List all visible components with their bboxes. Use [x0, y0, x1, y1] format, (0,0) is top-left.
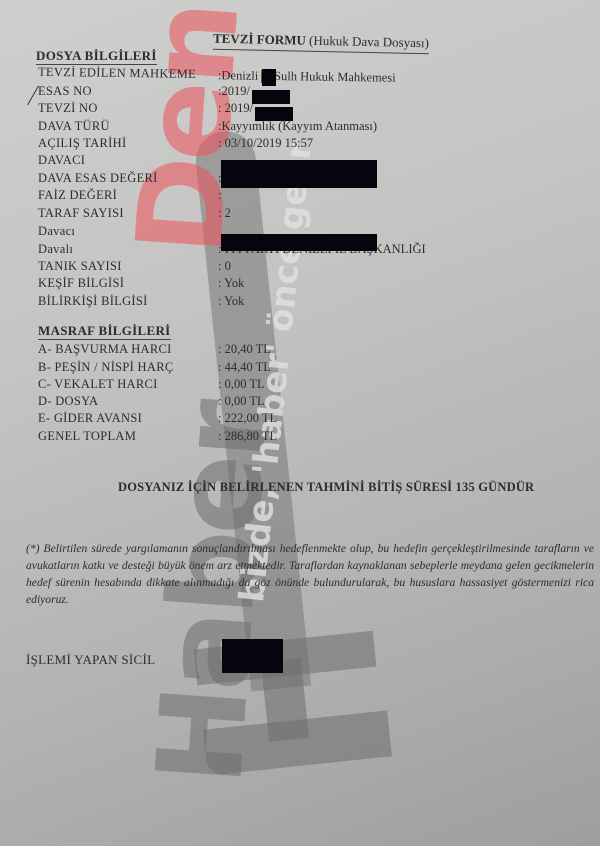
field-row: ESAS NO:2019/ [38, 84, 218, 99]
cost-label: C- VEKALET HARCI [38, 377, 218, 392]
field-label: TARAF SAYISI [38, 206, 218, 221]
field-row: TANIK SAYISI: 0 [38, 259, 218, 274]
cost-row: E- GİDER AVANSI: 222,00 TL [38, 411, 218, 426]
field-label: TEVZİ EDİLEN MAHKEME [38, 65, 218, 83]
field-value: : 2 [218, 206, 231, 221]
cost-value: : 222,00 TL [218, 411, 277, 426]
field-value: :Kayyımlık (Kayyım Atanması) [218, 119, 377, 134]
footnote: (*) Belirtilen sürede yargılamanın sonuç… [26, 540, 594, 608]
cost-label: A- BAŞVURMA HARCI [38, 342, 218, 357]
field-label: DAVACI [38, 153, 218, 168]
signer-label: İŞLEMİ YAPAN SİCİL [26, 652, 155, 668]
estimated-duration-notice: DOSYANIZ İÇİN BELİRLENEN TAHMİNİ BİTİŞ S… [118, 480, 534, 495]
cost-label: E- GİDER AVANSI [38, 411, 218, 426]
field-row: DAVA TÜRÜ:Kayyımlık (Kayyım Atanması) [38, 119, 218, 134]
field-value: : Yok [218, 276, 244, 291]
cost-row: GENEL TOPLAM: 286,80 TL [38, 429, 218, 444]
cost-row: B- PEŞİN / NİSPİ HARÇ: 44,40 TL [38, 360, 218, 375]
field-value: : [218, 188, 221, 203]
field-value: : Yok [218, 294, 244, 309]
cost-value: : 44,40 TL [218, 360, 271, 375]
field-row: TEVZİ EDİLEN MAHKEME:Denizli ▇ Sulh Huku… [38, 65, 218, 83]
redaction-tevzi-no [255, 107, 293, 121]
cost-label: B- PEŞİN / NİSPİ HARÇ [38, 360, 218, 375]
field-row: KEŞİF BİLGİSİ: Yok [38, 276, 218, 291]
field-label: BİLİRKİŞİ BİLGİSİ [38, 294, 218, 309]
field-value: : 2019/ [218, 101, 253, 116]
form-title-main: TEVZİ FORMU [213, 31, 306, 48]
cost-label: D- DOSYA [38, 394, 218, 409]
field-label: TEVZİ NO [38, 101, 218, 116]
document-content: TEVZİ FORMU (Hukuk Dava Dosyası) DOSYA B… [0, 0, 600, 846]
field-row: FAİZ DEĞERİ: [38, 188, 218, 203]
field-value: :2019/ [218, 84, 250, 99]
cost-row: D- DOSYA: 0,00 TL [38, 394, 218, 409]
field-label: DAVA ESAS DEĞERİ [38, 171, 218, 186]
cost-label: GENEL TOPLAM [38, 429, 218, 444]
form-title: TEVZİ FORMU (Hukuk Dava Dosyası) [213, 31, 429, 55]
field-row: Davalı: İYİ PARTİ DENİZLİ İL BAŞKANLIĞI [38, 242, 218, 257]
field-label: AÇILIŞ TARİHİ [38, 136, 218, 151]
field-value: : 0 [218, 259, 231, 274]
section-costs: MASRAF BİLGİLERİ [38, 323, 171, 340]
field-label: Davalı [38, 242, 218, 257]
redaction-plaintiff-2 [221, 234, 377, 251]
redaction-signer [222, 639, 283, 673]
field-row: BİLİRKİŞİ BİLGİSİ: Yok [38, 294, 218, 309]
redaction-plaintiff [221, 160, 377, 188]
cost-value: : 20,40 TL [218, 342, 271, 357]
field-label: ESAS NO [38, 84, 218, 99]
cost-value: : 0,00 TL [218, 394, 265, 409]
field-row: Davacı [38, 224, 218, 239]
cost-row: C- VEKALET HARCI: 0,00 TL [38, 377, 218, 392]
field-label: FAİZ DEĞERİ [38, 188, 218, 203]
field-row: TARAF SAYISI: 2 [38, 206, 218, 221]
form-title-sub: (Hukuk Dava Dosyası) [309, 33, 429, 51]
cost-value: : 0,00 TL [218, 377, 265, 392]
field-label: DAVA TÜRÜ [38, 119, 218, 134]
field-value: : 03/10/2019 15:57 [218, 136, 313, 151]
redaction-court-number [262, 69, 276, 86]
document-page: Haber Denizli bizde, 'haber' önce gelir … [0, 0, 600, 846]
redaction-esas-no [252, 90, 290, 104]
section-file-info: DOSYA BİLGİLERİ [36, 48, 157, 65]
field-row: DAVA ESAS DEĞERİ: [38, 171, 218, 186]
field-row: TEVZİ NO: 2019/ [38, 101, 218, 116]
field-label: Davacı [38, 224, 218, 239]
field-row: DAVACI [38, 153, 218, 168]
field-value: :Denizli ▇ Sulh Hukuk Mahkemesi [218, 67, 396, 85]
field-row: AÇILIŞ TARİHİ: 03/10/2019 15:57 [38, 136, 218, 151]
field-label: TANIK SAYISI [38, 259, 218, 274]
cost-row: A- BAŞVURMA HARCI: 20,40 TL [38, 342, 218, 357]
cost-value: : 286,80 TL [218, 429, 277, 444]
field-label: KEŞİF BİLGİSİ [38, 276, 218, 291]
